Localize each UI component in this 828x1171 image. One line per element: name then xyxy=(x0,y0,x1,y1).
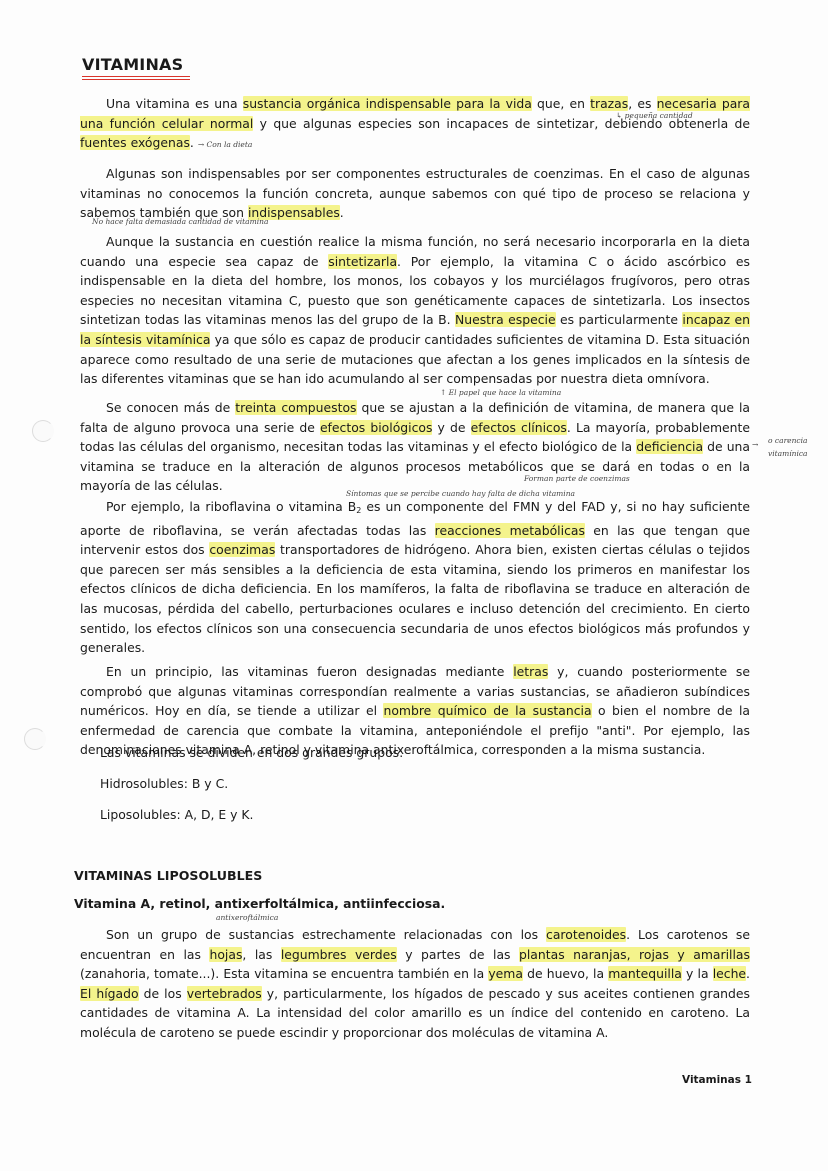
title-underline xyxy=(82,76,190,77)
highlight: sustancia orgánica indispensable para la… xyxy=(243,96,532,111)
groups-intro: Las vitaminas se dividen en dos grandes … xyxy=(80,743,750,763)
highlight: carotenoides xyxy=(546,927,626,942)
handwritten-note-papel: ↑ El papel que hace la vitamina xyxy=(440,388,561,397)
page-title: VITAMINAS xyxy=(82,55,183,74)
handwritten-note-correction: antixeroftálmica xyxy=(216,913,278,922)
highlight: deficiencia xyxy=(636,439,703,454)
section-heading: VITAMINAS LIPOSOLUBLES xyxy=(74,868,262,883)
highlight: hojas xyxy=(209,947,242,962)
paragraph-riboflavin: Por ejemplo, la riboflavina o vitamina B… xyxy=(80,497,750,658)
group-hidrosolubles: Hidrosolubles: B y C. xyxy=(80,774,750,794)
highlight: Nuestra especie xyxy=(455,312,556,327)
highlight: letras xyxy=(513,664,548,679)
highlight: El hígado xyxy=(80,986,139,1001)
highlight: fuentes exógenas xyxy=(80,135,190,150)
handwritten-note-carencia: o carencia xyxy=(768,436,808,445)
paragraph-vitamin-a: Son un grupo de sustancias estrechamente… xyxy=(80,925,750,1043)
binder-hole-top xyxy=(32,420,54,442)
page-footer: Vitaminas 1 xyxy=(682,1074,752,1086)
highlight: efectos clínicos xyxy=(471,420,567,435)
highlight: efectos biológicos xyxy=(320,420,433,435)
highlight: vertebrados xyxy=(187,986,262,1001)
highlight: trazas xyxy=(590,96,628,111)
highlight: mantequilla xyxy=(608,966,682,981)
highlight: reacciones metabólicas xyxy=(435,523,585,538)
paragraph-coenzymes: Algunas son indispensables por ser compo… xyxy=(80,164,750,223)
paragraph-synthesis: Aunque la sustancia en cuestión realice … xyxy=(80,232,750,389)
highlight: sintetizarla xyxy=(328,254,397,269)
highlight: nombre químico de la sustancia xyxy=(383,703,591,718)
handwritten-arrow: → xyxy=(752,440,758,449)
group-liposolubles: Liposolubles: A, D, E y K. xyxy=(80,805,750,825)
title-underline-second xyxy=(82,79,190,80)
handwritten-note: → Con la dieta xyxy=(198,140,253,149)
highlight: treinta compuestos xyxy=(235,400,356,415)
handwritten-note-cantidad: No hace falta demasiada cantidad de vita… xyxy=(92,217,268,226)
highlight: legumbres verdes xyxy=(281,947,397,962)
subsection-heading: Vitamina A, retinol, antixerfoltálmica, … xyxy=(74,896,445,911)
paragraph-effects: Se conocen más de treinta compuestos que… xyxy=(80,398,750,496)
highlight: plantas naranjas, rojas y amarillas xyxy=(519,947,750,962)
document-page: VITAMINAS Una vitamina es una sustancia … xyxy=(0,0,828,1171)
binder-hole-bottom xyxy=(24,728,46,750)
highlight: yema xyxy=(488,966,523,981)
paragraph-definition: Una vitamina es una sustancia orgánica i… xyxy=(80,94,750,155)
highlight: leche xyxy=(713,966,746,981)
handwritten-note-vitaminica: vitamínica xyxy=(768,449,808,458)
handwritten-note-trazas: ↳ pequeña cantidad xyxy=(616,111,693,120)
handwritten-note-coenzimas: Forman parte de coenzimas xyxy=(524,474,630,483)
highlight: coenzimas xyxy=(209,542,275,557)
